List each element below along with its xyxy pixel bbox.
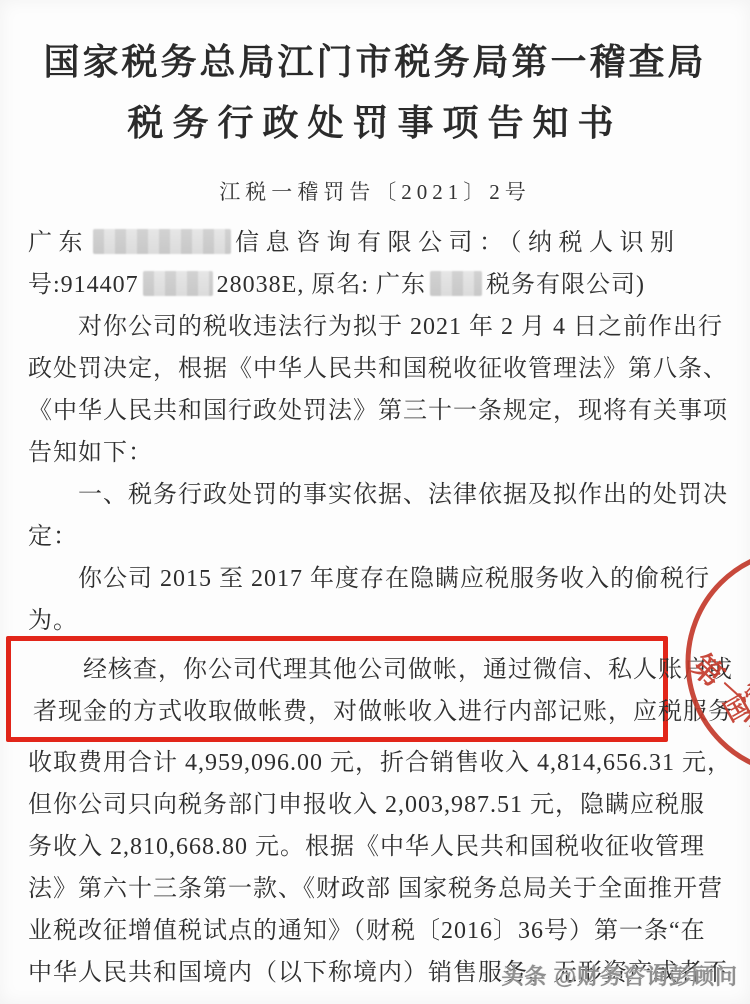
highlighted-line: 者现金的方式收取做帐费，对做帐收入进行内部记账，应税服务 bbox=[33, 691, 663, 733]
section-heading-line: 定： bbox=[28, 516, 696, 558]
document-line: 《中华人民共和国行政处罚法》第三十一条规定，现将有关事项 bbox=[28, 390, 696, 432]
watermark: 头条 @财务咨询彭顾问 bbox=[501, 960, 738, 991]
document-line: 业税改征增值税试点的通知》（财税〔2016〕36号）第一条“在 bbox=[28, 910, 696, 952]
addressee-text: 广东 bbox=[28, 230, 89, 256]
redaction-blur bbox=[143, 271, 213, 296]
highlight-box: 经核查，你公司代理其他公司做帐，通过微信、私人账户或 者现金的方式收取做帐费，对… bbox=[6, 636, 668, 742]
document-number: 江税一稽罚告〔2021〕2号 bbox=[0, 176, 750, 206]
document-line: 对你公司的税收违法行为拟于 2021 年 2 月 4 日之前作出行 bbox=[28, 306, 696, 348]
document-line: 但你公司只向税务部门申报收入 2,003,987.51 元，隐瞒应税服 bbox=[28, 784, 696, 826]
document-body: 广东信息咨询有限公司：（纳税人识别 号:91440728038E, 原名: 广东… bbox=[28, 222, 696, 994]
redaction-blur bbox=[430, 271, 482, 296]
document-line: 告知如下： bbox=[28, 432, 696, 474]
addressee-text: 信息咨询有限公司：（纳税人识别 bbox=[235, 230, 681, 256]
document-page: 国家税务总局江门市税务局第一稽查局 税务行政处罚事项告知书 江税一稽罚告〔202… bbox=[0, 0, 750, 1004]
taxpayer-id-text: 税务有限公司) bbox=[486, 272, 645, 298]
taxpayer-id-text: 28038E, 原名: 广东 bbox=[217, 272, 426, 298]
document-line: 务收入 2,810,668.80 元。根据《中华人民共和国税收征收管理 bbox=[28, 826, 696, 868]
document-line: 法》第六十三条第一款、《财政部 国家税务总局关于全面推开营 bbox=[28, 868, 696, 910]
taxpayer-id-text: 号:914407 bbox=[28, 272, 139, 298]
document-line: 政处罚决定，根据《中华人民共和国税收征收管理法》第八条、 bbox=[28, 348, 696, 390]
section-heading-line: 一、税务行政处罚的事实依据、法律依据及拟作出的处罚决 bbox=[28, 474, 696, 516]
document-line: 收取费用合计 4,959,096.00 元，折合销售收入 4,814,656.3… bbox=[28, 742, 696, 784]
redaction-blur bbox=[93, 229, 231, 254]
highlighted-line: 经核查，你公司代理其他公司做帐，通过微信、私人账户或 bbox=[33, 649, 663, 691]
document-subtitle: 税务行政处罚事项告知书 bbox=[0, 95, 750, 146]
document-line: 你公司 2015 至 2017 年度存在隐瞒应税服务收入的偷税行 bbox=[28, 558, 696, 600]
addressee-line: 广东信息咨询有限公司：（纳税人识别 bbox=[28, 222, 696, 264]
taxpayer-id-line: 号:91440728038E, 原名: 广东税务有限公司) bbox=[28, 264, 696, 306]
document-title: 国家税务总局江门市税务局第一稽查局 bbox=[0, 34, 750, 85]
